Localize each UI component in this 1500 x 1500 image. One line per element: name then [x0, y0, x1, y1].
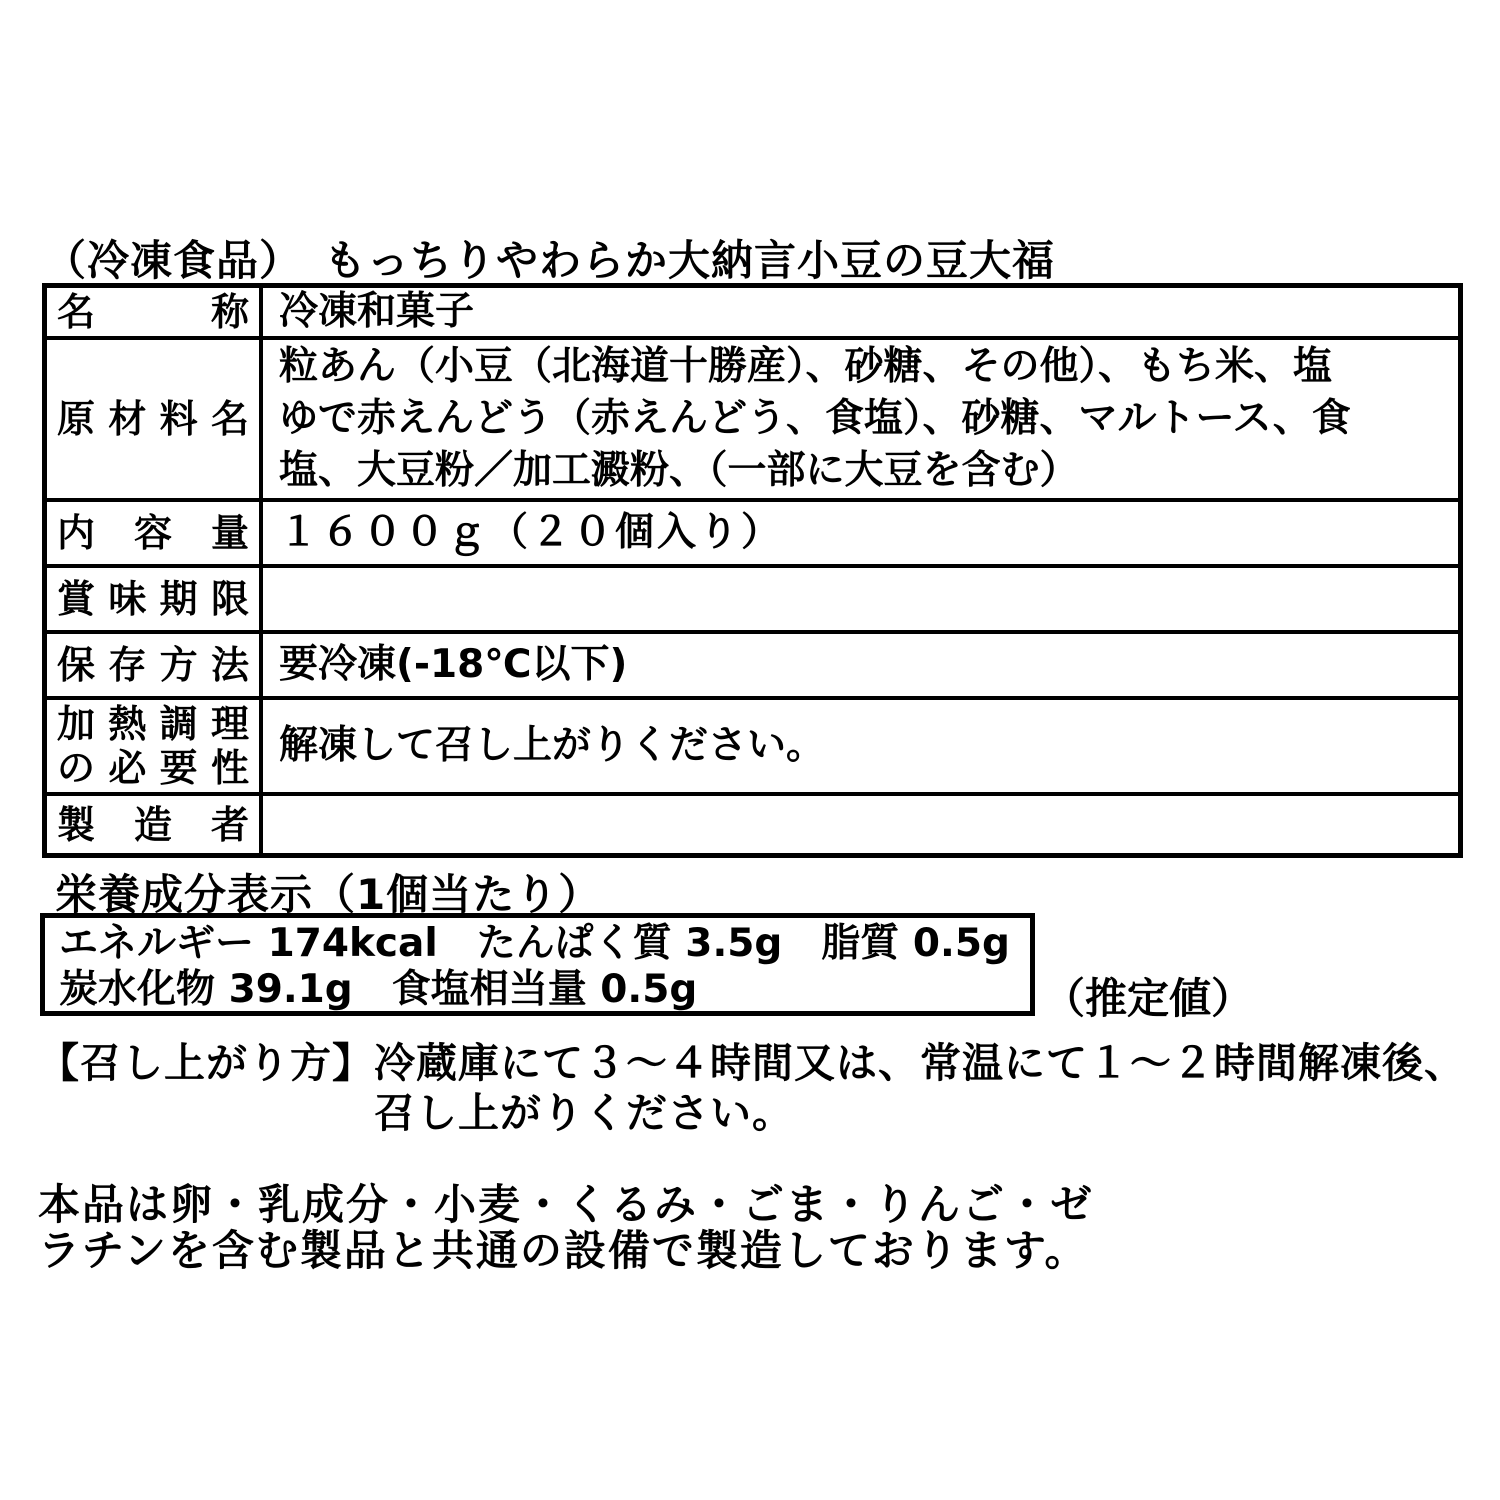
product-title: （冷凍食品） もっちりやわらか大納言小豆の豆大福 — [44, 228, 1055, 288]
allergen-notice-line2: ラチンを含む製品と共通の設備で製造しております。 — [38, 1218, 1089, 1278]
table-row-heating-necessity: 加熱調理 の必要性 解凍して召し上がりください。 — [47, 696, 1458, 792]
row-value-net-content: １６００ｇ（２０個入り） — [263, 502, 1458, 564]
row-value-manufacturer — [263, 796, 1458, 853]
nutrition-estimate-note: （推定値） — [1043, 966, 1253, 1026]
row-value-heating-necessity: 解凍して召し上がりください。 — [263, 700, 1458, 792]
table-row-best-before: 賞味期限 — [47, 564, 1458, 630]
nutrition-facts-box: エネルギー 174kcal たんぱく質 3.5g 脂質 0.5g 炭水化物 39… — [40, 913, 1035, 1016]
serving-instructions-line2: 召し上がりください。 — [374, 1080, 794, 1139]
row-label-manufacturer: 製 造 者 — [47, 796, 263, 853]
food-label-document: （冷凍食品） もっちりやわらか大納言小豆の豆大福 名 称 冷凍和菓子 原材料名 … — [0, 0, 1500, 1500]
table-row-net-content: 内 容 量 １６００ｇ（２０個入り） — [47, 498, 1458, 564]
row-value-storage: 要冷凍(-18℃以下) — [263, 634, 1458, 696]
row-value-best-before — [263, 568, 1458, 630]
row-label-net-content: 内 容 量 — [47, 502, 263, 564]
nutrition-line1: エネルギー 174kcal たんぱく質 3.5g 脂質 0.5g — [59, 921, 1030, 967]
spec-table: 名 称 冷凍和菓子 原材料名 粒あん（小豆（北海道十勝産）、砂糖、その他）、もち… — [42, 283, 1463, 858]
nutrition-line2: 炭水化物 39.1g 食塩相当量 0.5g — [59, 967, 1030, 1013]
row-value-ingredients: 粒あん（小豆（北海道十勝産）、砂糖、その他）、もち米、塩 ゆで赤えんどう（赤えん… — [263, 340, 1458, 498]
row-label-heating-necessity: 加熱調理 の必要性 — [47, 700, 263, 792]
table-row-ingredients: 原材料名 粒あん（小豆（北海道十勝産）、砂糖、その他）、もち米、塩 ゆで赤えんど… — [47, 336, 1458, 498]
row-label-best-before: 賞味期限 — [47, 568, 263, 630]
row-label-name: 名 称 — [47, 288, 263, 336]
table-row-manufacturer: 製 造 者 — [47, 792, 1458, 853]
table-row-name: 名 称 冷凍和菓子 — [47, 288, 1458, 336]
row-value-name: 冷凍和菓子 — [263, 288, 1458, 336]
table-row-storage: 保存方法 要冷凍(-18℃以下) — [47, 630, 1458, 696]
row-label-storage: 保存方法 — [47, 634, 263, 696]
row-label-ingredients: 原材料名 — [47, 340, 263, 498]
